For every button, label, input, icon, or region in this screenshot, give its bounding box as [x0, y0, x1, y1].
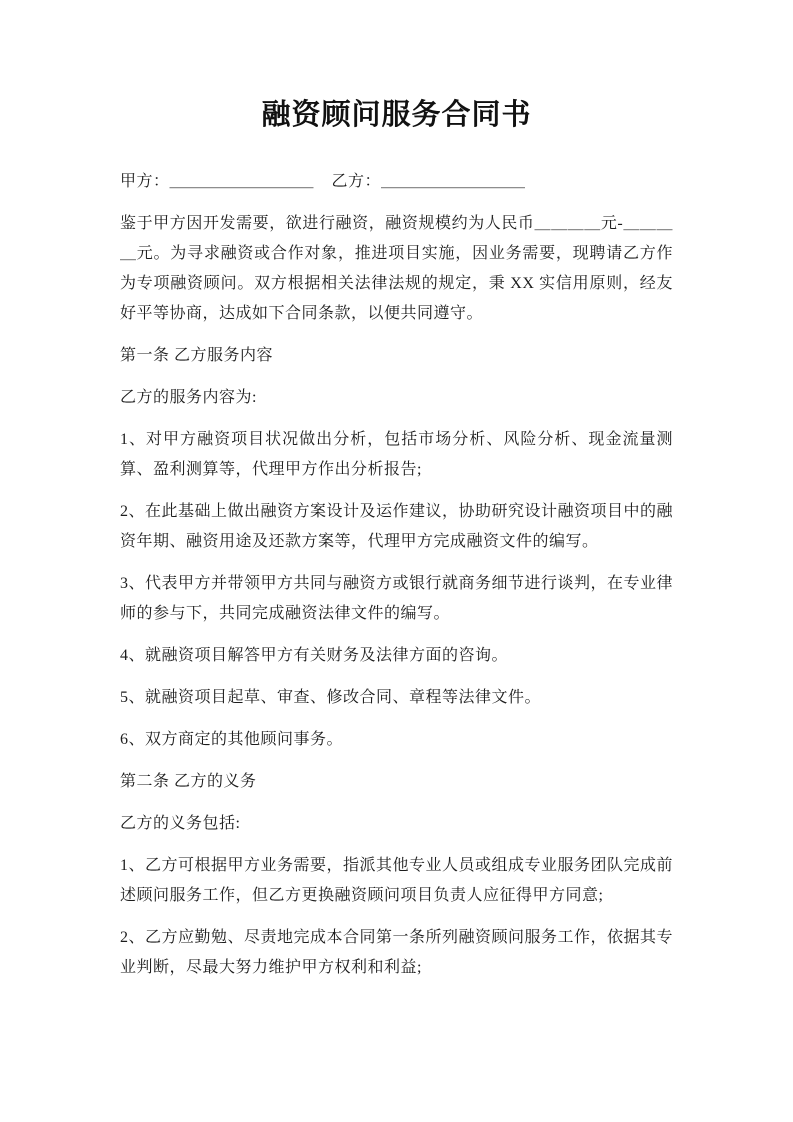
article-2-item-1: 1、乙方可根据甲方业务需要，指派其他专业人员或组成专业服务团队完成前述顾问服务工… [120, 851, 673, 911]
party-line: 甲方：＿＿＿＿＿＿＿＿＿乙方：＿＿＿＿＿＿＿＿＿ [120, 167, 673, 197]
article-1-item-5: 5、就融资项目起草、审查、修改合同、章程等法律文件。 [120, 683, 673, 713]
article-2-item-2: 2、乙方应勤勉、尽责地完成本合同第一条所列融资顾问服务工作，依据其专业判断，尽最… [120, 923, 673, 983]
contract-page: 融资顾问服务合同书 甲方：＿＿＿＿＿＿＿＿＿乙方：＿＿＿＿＿＿＿＿＿ 鉴于甲方因… [0, 0, 793, 1122]
party-a-blank: ＿＿＿＿＿＿＿＿＿ [170, 167, 314, 197]
article-1-item-1: 1、对甲方融资项目状况做出分析，包括市场分析、风险分析、现金流量测算、盈利测算等… [120, 425, 673, 485]
party-b-blank: ＿＿＿＿＿＿＿＿＿ [381, 167, 525, 197]
article-2-heading: 第二条 乙方的义务 [120, 767, 673, 797]
document-title: 融资顾问服务合同书 [120, 95, 673, 135]
article-2-intro: 乙方的义务包括: [120, 809, 673, 839]
party-a-label: 甲方： [120, 173, 170, 190]
article-1-item-2: 2、在此基础上做出融资方案设计及运作建议，协助研究设计融资项目中的融资年期、融资… [120, 497, 673, 557]
article-1-intro: 乙方的服务内容为: [120, 383, 673, 413]
article-1-item-4: 4、就融资项目解答甲方有关财务及法律方面的咨询。 [120, 641, 673, 671]
article-1-item-3: 3、代表甲方并带领甲方共同与融资方或银行就商务细节进行谈判，在专业律师的参与下，… [120, 569, 673, 629]
preamble-paragraph: 鉴于甲方因开发需要，欲进行融资，融资规模约为人民币＿＿＿＿元-＿＿＿＿元。为寻求… [120, 209, 673, 329]
article-1-item-6: 6、双方商定的其他顾问事务。 [120, 725, 673, 755]
party-b-label: 乙方： [332, 173, 382, 190]
article-1-heading: 第一条 乙方服务内容 [120, 341, 673, 371]
